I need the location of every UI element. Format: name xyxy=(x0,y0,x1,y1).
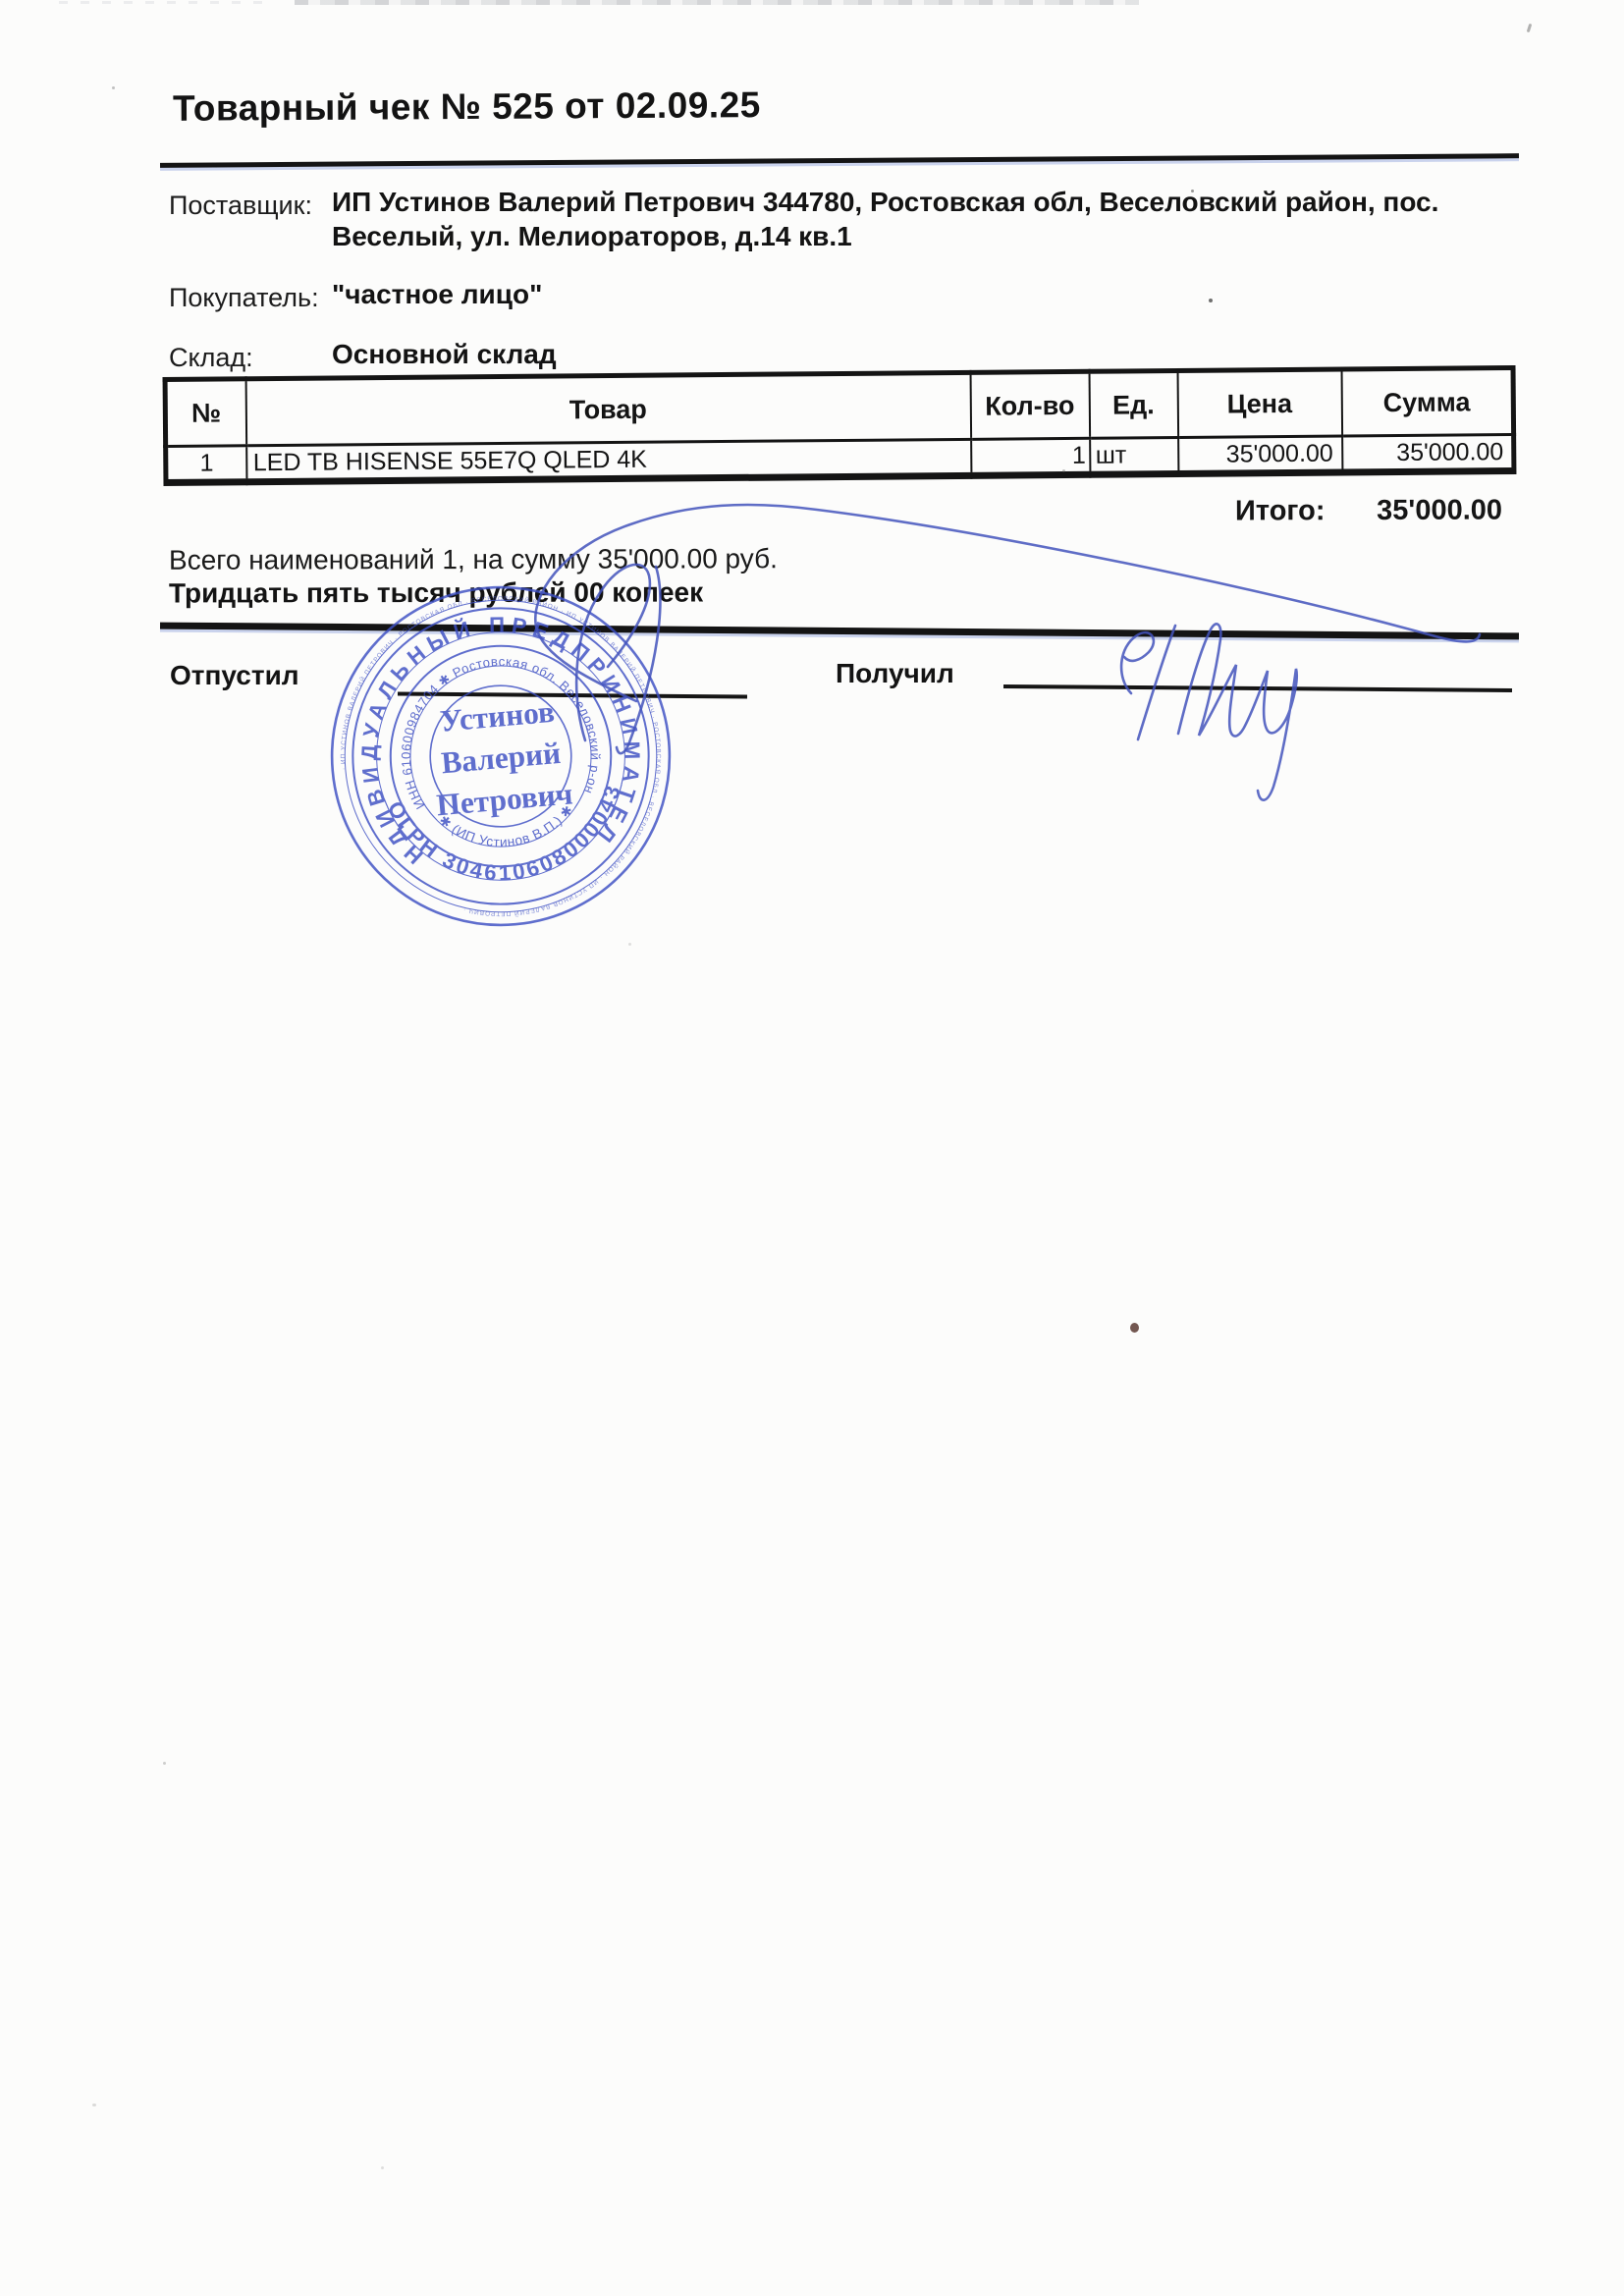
received-signature xyxy=(1138,626,1175,739)
total-line: Итого: 35'000.00 xyxy=(1235,495,1502,528)
col-header-price: Цена xyxy=(1177,369,1342,437)
total-value: 35'000.00 xyxy=(1377,495,1502,527)
col-header-item: Товар xyxy=(245,372,971,445)
buyer-label: Покупатель: xyxy=(169,277,332,313)
summary-line: Всего наименований 1, на сумму 35'000.00… xyxy=(169,543,778,576)
scan-artifact xyxy=(1527,24,1533,32)
total-label: Итого: xyxy=(1235,495,1326,527)
buyer-value: "частное лицо" xyxy=(332,277,1451,311)
scan-artifact xyxy=(628,943,631,946)
received-signature xyxy=(1178,624,1297,799)
scan-artifact xyxy=(112,86,115,89)
table-header-row: № Товар Кол-во Ед. Цена Сумма xyxy=(165,368,1514,447)
scan-artifact xyxy=(92,2104,96,2106)
scan-artifact xyxy=(381,2166,384,2169)
scan-artifact xyxy=(1191,190,1194,192)
scan-artifact xyxy=(163,1762,166,1765)
col-header-num: № xyxy=(165,379,246,447)
scan-artifact xyxy=(1062,469,1065,472)
document-fields: Поставщик: ИП Устинов Валерий Петрович 3… xyxy=(169,185,1455,397)
cell-price: 35'000.00 xyxy=(1178,436,1342,473)
divider xyxy=(160,153,1519,168)
scan-artifact xyxy=(59,1,275,4)
svg-text:Валерий: Валерий xyxy=(440,736,562,780)
cell-num: 1 xyxy=(166,446,246,483)
buyer-row: Покупатель: "частное лицо" xyxy=(169,277,1455,313)
company-stamp: · ИП УСТИНОВ ВАЛЕРИЙ ПЕТРОВИЧ · РОСТОВСК… xyxy=(320,575,681,937)
cell-unit: шт xyxy=(1090,437,1178,474)
supplier-label: Поставщик: xyxy=(169,185,332,221)
col-header-unit: Ед. xyxy=(1089,370,1178,438)
page-title: Товарный чек № 525 от 02.09.25 xyxy=(173,84,761,130)
cell-item: LED TB HISENSE 55E7Q QLED 4K xyxy=(246,439,971,481)
released-by-label: Отпустил xyxy=(170,660,299,691)
received-signature xyxy=(1121,632,1154,693)
supplier-row: Поставщик: ИП Устинов Валерий Петрович 3… xyxy=(169,185,1455,253)
received-by-label: Получил xyxy=(836,658,954,689)
col-header-sum: Сумма xyxy=(1341,368,1514,437)
warehouse-value: Основной склад xyxy=(332,337,1451,371)
cell-sum: 35'000.00 xyxy=(1342,435,1514,473)
supplier-value: ИП Устинов Валерий Петрович 344780, Рост… xyxy=(332,185,1451,253)
warehouse-label: Склад: xyxy=(169,337,332,373)
goods-table: № Товар Кол-во Ед. Цена Сумма 1 LED TB H… xyxy=(163,365,1517,486)
stamp-center-name: Устинов Валерий Петрович xyxy=(428,693,574,823)
col-header-qty: Кол-во xyxy=(970,371,1090,439)
scanned-receipt-page: Товарный чек № 525 от 02.09.25 Поставщик… xyxy=(0,0,1624,2296)
scan-artifact xyxy=(295,0,1139,5)
received-signature-line xyxy=(1003,684,1512,692)
scan-artifact xyxy=(1130,1323,1139,1333)
scan-artifact xyxy=(1209,299,1213,302)
cell-qty: 1 xyxy=(971,438,1090,475)
